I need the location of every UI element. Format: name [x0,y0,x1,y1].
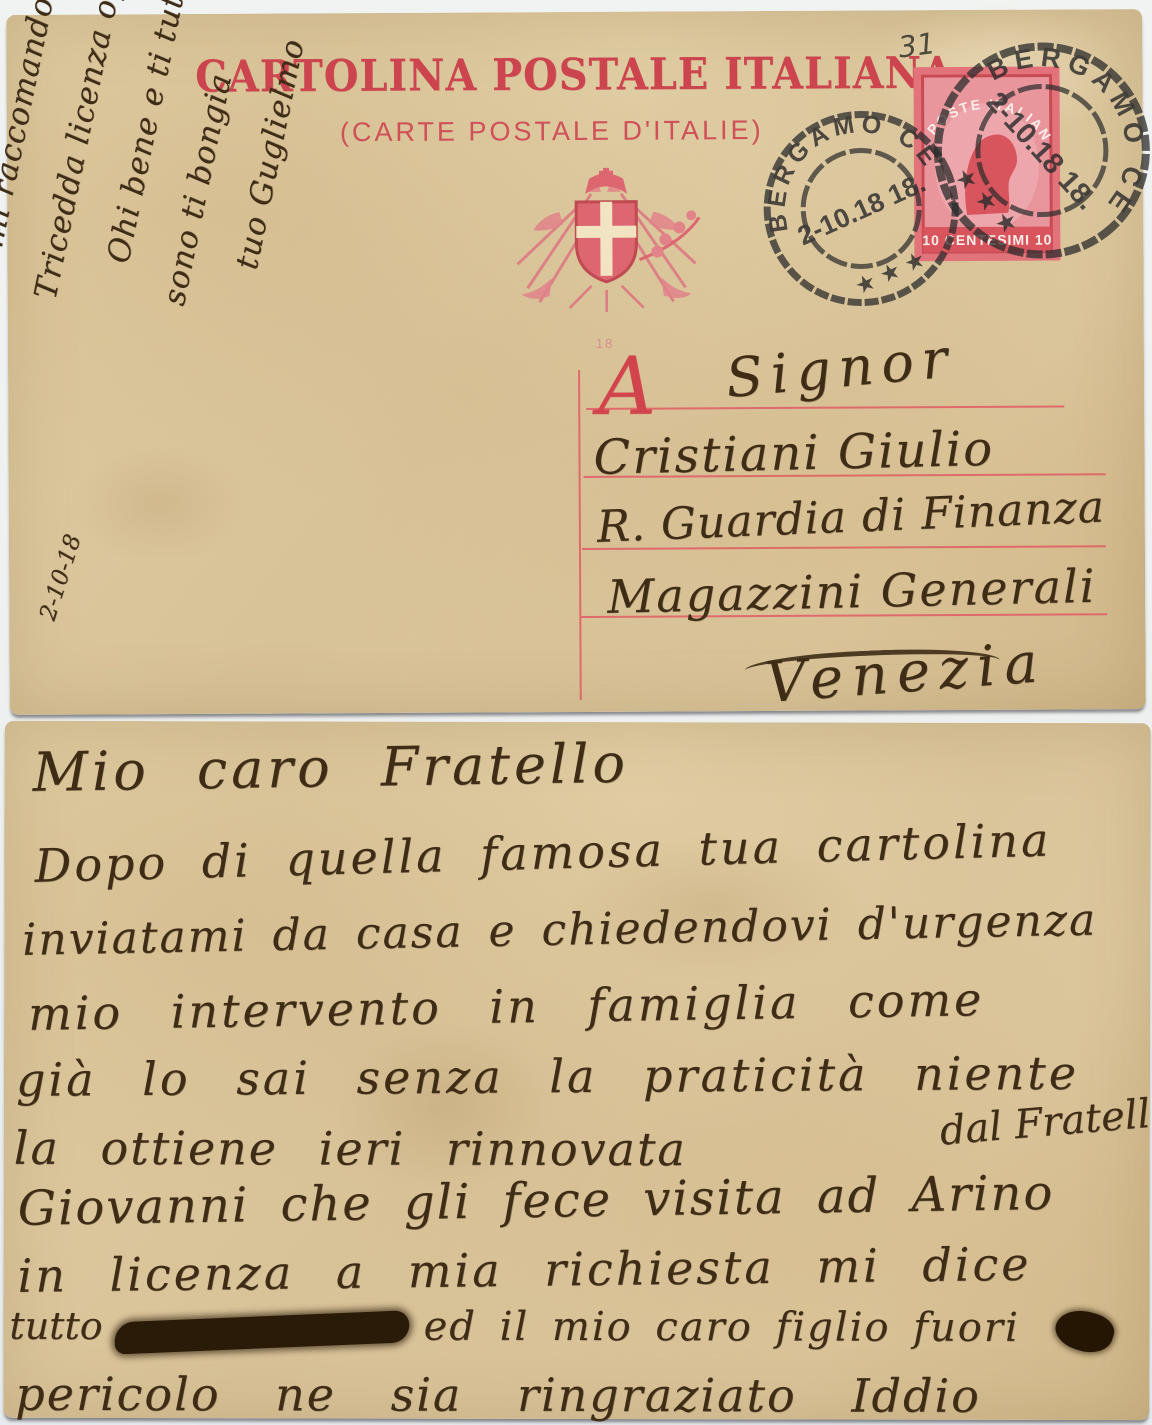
address-rule [586,405,1064,410]
message-line: già lo sai senza la praticità niente [16,1046,1079,1107]
message-line: Giovanni che gli fece visita ad Arino [17,1165,1054,1237]
address-line-corps: R. Guardia di Finanza [596,482,1106,553]
address-rule-vertical [578,370,582,700]
message-line-with-scribble: tuttoed il mio caro figlio fuori [9,1303,1019,1356]
message-line: in licenza a mia richiesta mi dice [17,1237,1032,1303]
message-line: ed il mio caro figlio fuori [424,1304,1020,1351]
address-line-recipient-title: Signor [723,326,958,410]
age-stain [68,444,249,565]
coat-of-arms [499,159,714,324]
message-line: Dopo di quella famosa tua cartolina [34,813,1052,893]
ink-scribble-crossout [114,1310,410,1354]
address-line-name: Cristiani Giulio [593,421,995,486]
ink-blot [1051,1303,1119,1359]
postmark-stars: ★ ★ ★ [949,162,1024,241]
postmark-stars: ★ ★ ★ [851,245,930,299]
address-line-depot: Magazzini Generali [607,559,1097,624]
postcard-back: Mio caro Fratello Dopo di quella famosa … [3,721,1150,1420]
message-line: inviatami da casa e chiedendovi d'urgenz… [22,895,1098,966]
message-line: pericolo ne sia ringraziato Iddio [15,1367,981,1423]
address-prefix-letter: A [598,340,656,433]
address-line-city: Venezia [763,630,1049,716]
postcard-front: 31 CARTOLINA POSTALE ITALIANA (CARTE POS… [6,9,1146,715]
message-line: la ottiene ieri rinnovata [14,1121,687,1176]
message-line: mio intervento in famiglia come [28,972,985,1041]
front-message-date: 2-10-18 [35,531,87,623]
message-word: tutto [9,1304,102,1348]
scanned-postcard-page: { "front": { "pencil_note": "31", "title… [0,0,1152,1425]
message-line: Mio caro Fratello [32,732,629,804]
